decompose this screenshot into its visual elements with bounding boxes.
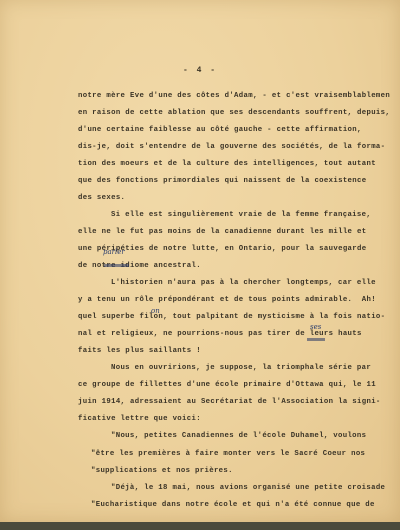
- scan-edge: [0, 522, 400, 530]
- text-line: juin 1914, adressaient au Secrétariat de…: [78, 398, 381, 406]
- strikethrough-leurs: [307, 338, 325, 341]
- text-line: L'historien n'aura pas à la chercher lon…: [111, 279, 376, 287]
- text-line: "être les premières à faire monter vers …: [91, 450, 365, 458]
- text-line: elle ne le fut pas moins de la canadienn…: [78, 228, 366, 236]
- text-line: "Eucharistique dans notre école et qui n…: [91, 501, 375, 509]
- text-line: quel superbe filon, tout palpitant de my…: [78, 313, 385, 321]
- text-line: "Nous, petites Canadiennes de l'école Du…: [111, 432, 366, 440]
- typewritten-page: - 4 - notre mère Eve d'une des côtes d'A…: [0, 0, 400, 522]
- strikethrough-idiome: [104, 264, 129, 267]
- text-line: en raison de cette ablation que ses desc…: [78, 109, 390, 117]
- text-line: Si elle est singulièrement vraie de la f…: [111, 211, 371, 219]
- handwritten-correction: on: [151, 307, 160, 315]
- text-line: Nous en ouvririons, je suppose, la triom…: [111, 364, 371, 372]
- text-line: ficative lettre que voici:: [78, 415, 201, 423]
- text-line: nal et religieux, ne pourrions-nous pas …: [78, 330, 362, 338]
- handwritten-correction: parler: [103, 248, 125, 256]
- handwritten-correction: ses: [310, 323, 321, 331]
- text-line: dis-je, doit s'entendre de la gouverne d…: [78, 143, 385, 151]
- text-line: des sexes.: [78, 194, 125, 202]
- page-number: - 4 -: [0, 66, 400, 75]
- text-line: d'une certaine faiblesse au côté gauche …: [78, 126, 362, 134]
- text-line: "supplications et nos prières.: [91, 467, 233, 475]
- text-line: tion des moeurs et de la culture des int…: [78, 160, 376, 168]
- text-line: "Déjà, le 18 mai, nous avions organisé u…: [111, 484, 385, 492]
- text-line: notre mère Eve d'une des côtes d'Adam, -…: [78, 92, 390, 100]
- text-line: que des fonctions primordiales qui naiss…: [78, 177, 366, 185]
- text-line: faits les plus saillants !: [78, 347, 201, 355]
- text-line: de notre idiome ancestral.: [78, 262, 201, 270]
- text-line: y a tenu un rôle prépondérant et de tous…: [78, 296, 376, 304]
- text-line: ce groupe de fillettes d'une école prima…: [78, 381, 376, 389]
